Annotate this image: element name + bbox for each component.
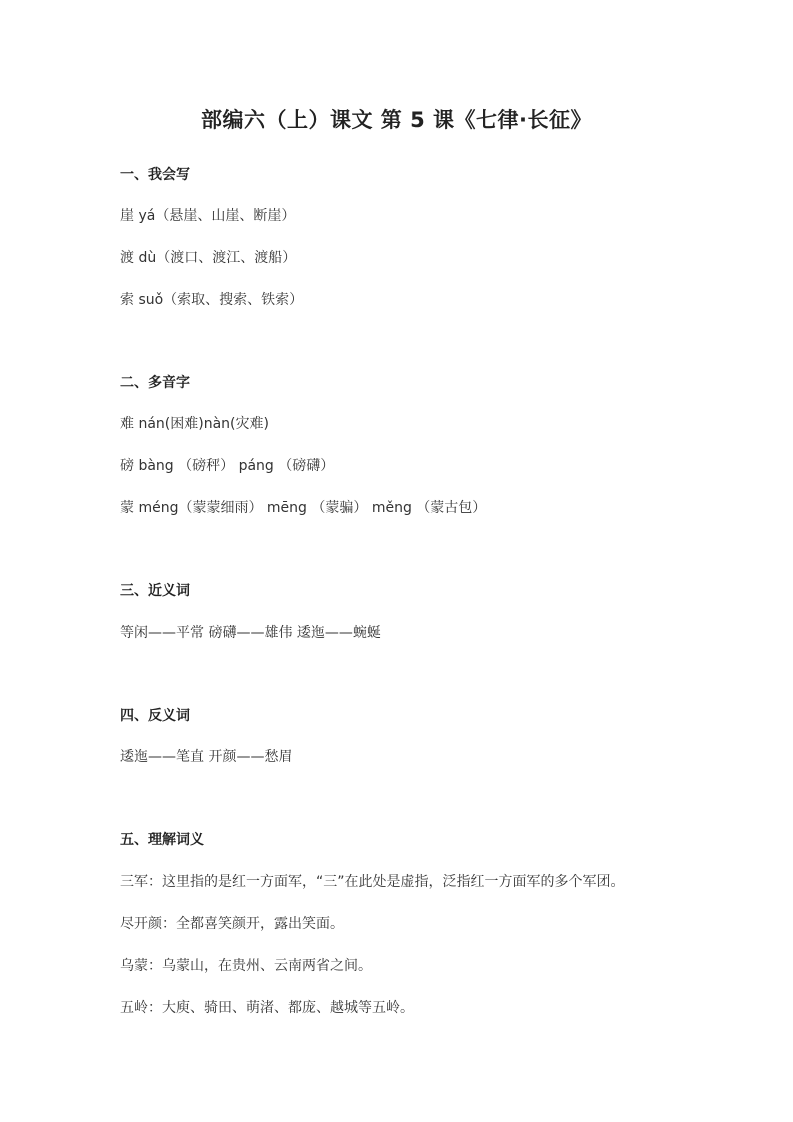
section-heading-write: 一、我会写	[120, 164, 190, 184]
text-line: 五岭：大庾、骑田、萌渚、都庞、越城等五岭。	[120, 997, 414, 1017]
text-line: 难 nán(困难)nàn(灾难)	[120, 413, 269, 433]
text-line: 尽开颜：全都喜笑颜开，露出笑面。	[120, 913, 344, 933]
section-heading-synonyms: 三、近义词	[120, 580, 190, 600]
text-line: 崖 yá（悬崖、山崖、断崖）	[120, 205, 295, 225]
document-title: 部编六（上）课文 第 5 课《七律·长征》	[0, 104, 793, 134]
text-line: 蒙 méng（蒙蒙细雨） mēng （蒙骗） měng （蒙古包）	[120, 497, 486, 517]
text-line: 磅 bàng （磅秤） páng （磅礴）	[120, 455, 334, 475]
text-line: 索 suǒ（索取、搜索、铁索）	[120, 289, 303, 309]
section-heading-word-meanings: 五、理解词义	[120, 829, 204, 849]
text-line: 乌蒙：乌蒙山，在贵州、云南两省之间。	[120, 955, 372, 975]
text-line: 三军：这里指的是红一方面军，“三”在此处是虚指，泛指红一方面军的多个军团。	[120, 871, 625, 891]
text-line: 等闲——平常 磅礴——雄伟 逶迤——蜿蜒	[120, 622, 381, 642]
text-line: 逶迤——笔直 开颜——愁眉	[120, 746, 292, 766]
section-heading-antonyms: 四、反义词	[120, 705, 190, 725]
section-heading-polyphones: 二、多音字	[120, 372, 190, 392]
text-line: 渡 dù（渡口、渡江、渡船）	[120, 247, 296, 267]
